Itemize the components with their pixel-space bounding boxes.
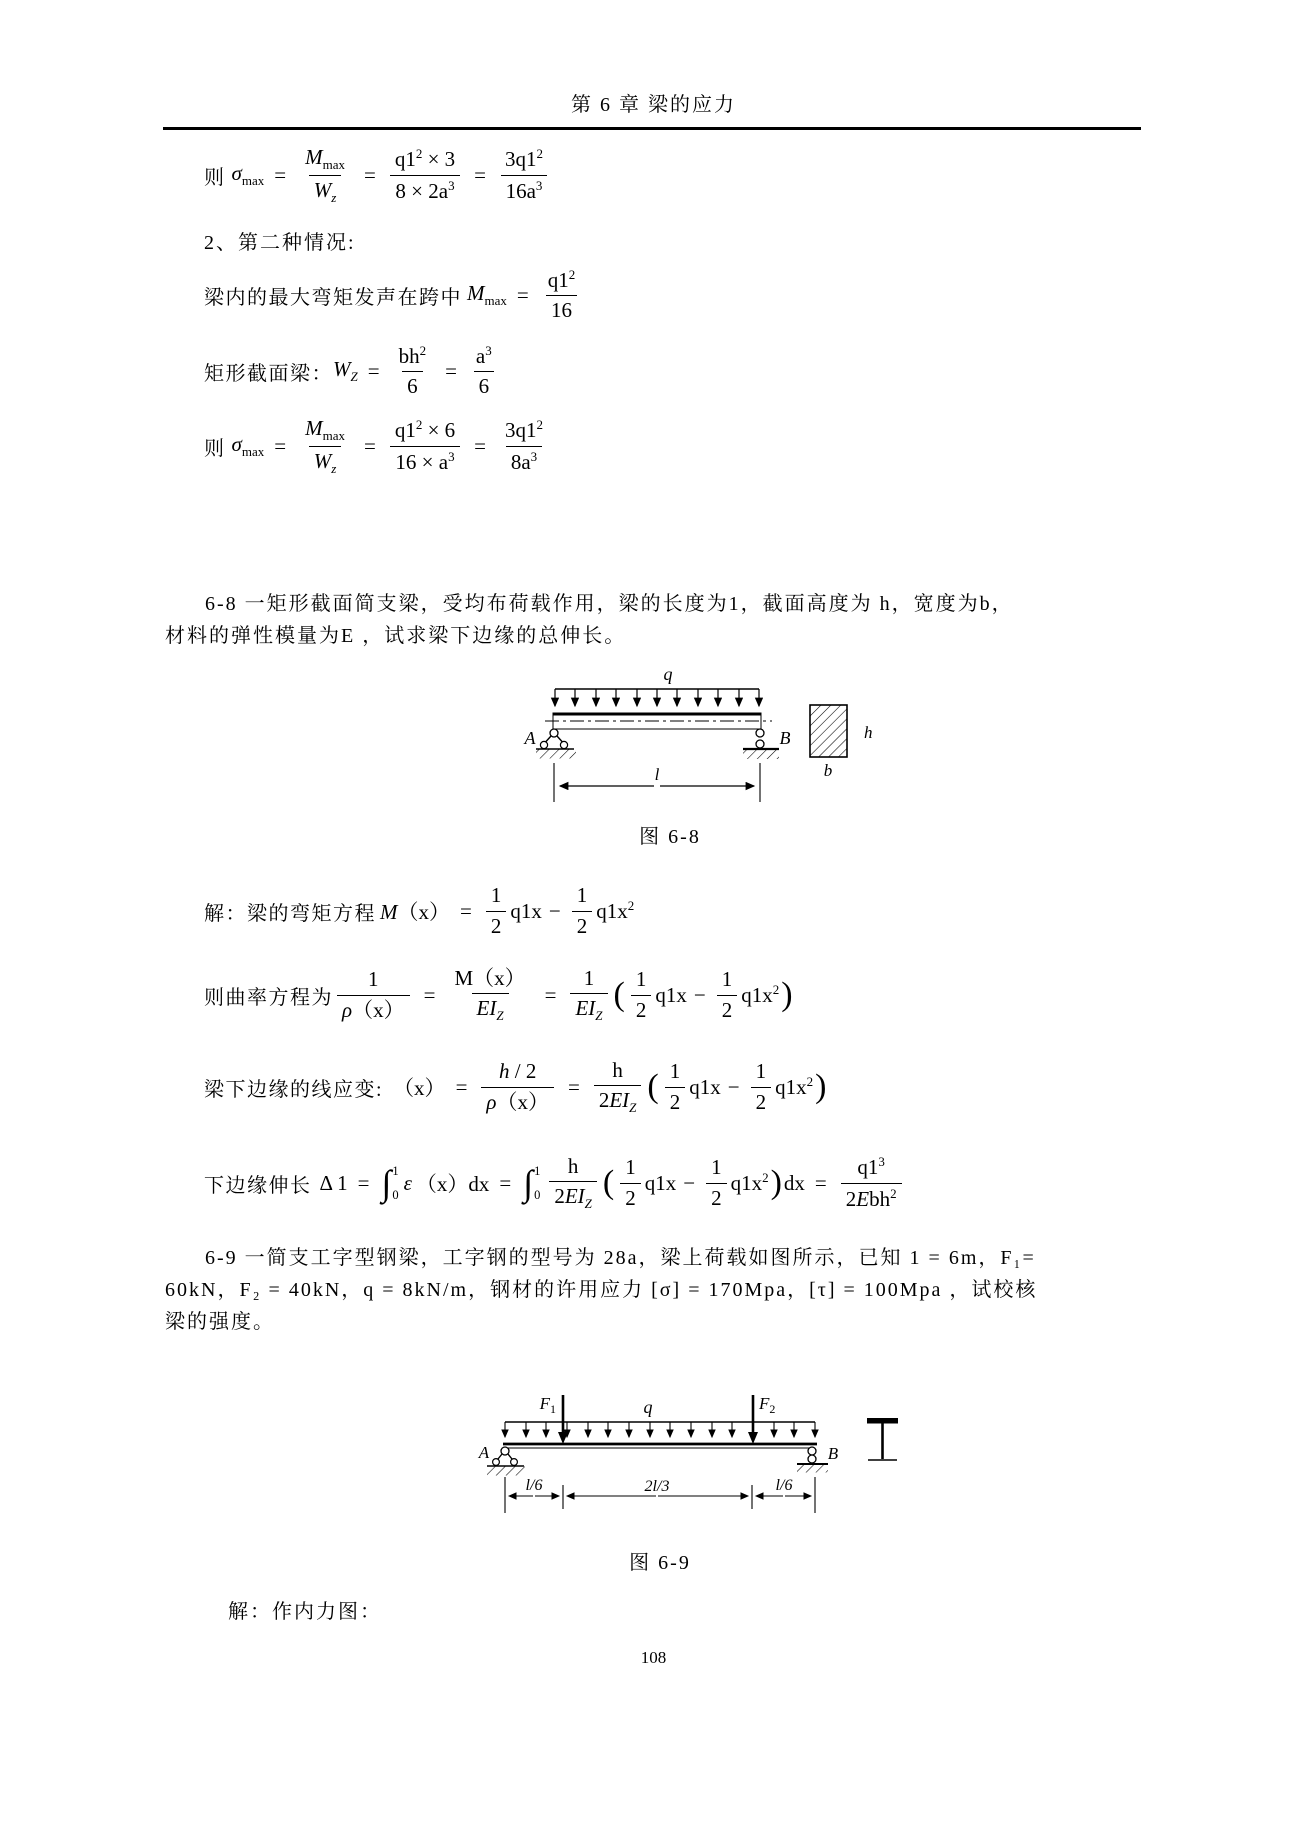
- open-paren: (: [603, 1168, 614, 1199]
- dx-term: dx: [784, 1171, 805, 1196]
- figure-6-8: q A B l: [440, 660, 900, 810]
- pin-support-A: [487, 1447, 525, 1476]
- beam-body: [503, 1444, 817, 1448]
- solution-68-elongation-equation: 下边缘伸长 Δ 1 = ∫ 10 ε （x）dx = ∫ 10 h 2EIZ (…: [204, 1142, 906, 1224]
- problem-6-9-line3: 梁的强度。: [165, 1307, 275, 1337]
- roller-support-B: [743, 729, 779, 759]
- solution-68-curvature-equation: 则曲率方程为 1 ρ（x） = M（x） EIZ = 1 EIZ ( 12 q1…: [204, 953, 795, 1037]
- case2-heading: 2、第二种情况:: [204, 228, 356, 258]
- term-q1x2: q1x2: [741, 982, 779, 1008]
- fraction-half: 12: [751, 1059, 772, 1114]
- fraction-Mmax-Wz: Mmax Wz: [300, 416, 350, 477]
- formula-lead-text: 下边缘伸长: [204, 1169, 312, 1198]
- equals-sign: =: [474, 434, 486, 459]
- fraction-3q1sq-8a3: 3q12 8a3: [500, 417, 548, 474]
- solution-68-strain-equation: 梁下边缘的线应变: （x） = h / 2 ρ（x） = h 2EIZ ( 12…: [204, 1047, 828, 1127]
- formula-lead-text: 则曲率方程为: [204, 981, 333, 1010]
- ibeam-section-symbol: [867, 1418, 898, 1460]
- force-label-F1: F1: [539, 1394, 556, 1416]
- Mmax-symbol: Mmax: [467, 281, 507, 309]
- support-label-A: A: [524, 728, 537, 748]
- section-width-label-b: b: [824, 761, 833, 780]
- term-q1x2: q1x2: [775, 1074, 813, 1100]
- equals-sign: =: [274, 163, 286, 188]
- equals-sign: =: [364, 163, 376, 188]
- term-q1x: q1x: [645, 1171, 677, 1196]
- force-F2: [748, 1395, 758, 1444]
- formula-lead-text: 则: [204, 432, 226, 461]
- fraction-half: 12: [631, 967, 652, 1022]
- support-label-B: B: [828, 1444, 839, 1463]
- integral-0-1: ∫ 10: [381, 1163, 401, 1203]
- solution-69-lead: 解：作内力图：: [228, 1597, 382, 1627]
- support-label-A: A: [478, 1443, 490, 1462]
- formula-lead-text: 矩形截面梁：: [204, 357, 333, 386]
- minus-sign: −: [683, 1171, 695, 1196]
- formula-sigma-max-case2: 则 σmax = Mmax Wz = q12 × 6 16 × a3 = 3q1…: [204, 410, 552, 482]
- cross-section: [810, 705, 847, 757]
- fraction-half: 12: [706, 1155, 727, 1210]
- dimension-label-2l3: 2l/3: [645, 1478, 670, 1495]
- equals-sign: =: [274, 434, 286, 459]
- fraction-h2-rho-x: h / 2 ρ（x）: [481, 1059, 554, 1114]
- term-q1x2: q1x2: [731, 1170, 769, 1196]
- term-q1x2: q1x2: [596, 898, 634, 924]
- fraction-Mx-EIz: M（x） EIZ: [449, 966, 530, 1024]
- load-label-q: q: [664, 664, 673, 684]
- M-of-x: M（x）: [380, 896, 450, 926]
- roller-support-B: [797, 1447, 828, 1473]
- fraction-bh2-6: bh2 6: [394, 343, 432, 399]
- term-q1x: q1x: [510, 899, 542, 924]
- fraction-half: 12: [665, 1059, 686, 1114]
- open-paren: (: [614, 980, 625, 1011]
- equals-sign: =: [545, 983, 557, 1008]
- equals-sign: =: [517, 283, 529, 308]
- formula-lead-text: 则: [204, 161, 226, 190]
- formula-lead-text: 梁下边缘的线应变:: [204, 1073, 383, 1102]
- fraction-1-EIz: 1 EIZ: [570, 966, 607, 1024]
- support-label-B: B: [780, 728, 791, 748]
- equals-sign: =: [456, 1075, 468, 1100]
- Wz-symbol: WZ: [333, 357, 358, 385]
- problem-6-9-line2: 60kN，F₂ = 40kN，q = 8kN/m，钢材的许用应力 [σ] = 1…: [165, 1275, 1037, 1305]
- term-q1x: q1x: [655, 983, 687, 1008]
- fraction-half: 12: [486, 883, 507, 938]
- distributed-load: [505, 1422, 815, 1437]
- fraction-h-2EIz: h 2EIZ: [594, 1058, 642, 1116]
- close-paren: ): [771, 1168, 782, 1199]
- sigma-max-symbol: σmax: [232, 432, 265, 460]
- fraction-q13-2Ebh2: q13 2Ebh2: [841, 1154, 902, 1211]
- minus-sign: −: [694, 983, 706, 1008]
- term-paren-x-dx: （x）dx: [416, 1168, 490, 1198]
- fraction-half: 12: [572, 883, 593, 938]
- minus-sign: −: [728, 1075, 740, 1100]
- figure-6-9-caption: 图 6-9: [400, 1546, 920, 1575]
- fraction-3q1sq-16a3: 3q12 16a3: [500, 146, 548, 203]
- equals-sign: =: [460, 899, 472, 924]
- load-label-q: q: [644, 1397, 653, 1417]
- equals-sign: =: [364, 434, 376, 459]
- page-header-title: 第 6 章 梁的应力: [0, 88, 1307, 117]
- equals-sign: =: [368, 359, 380, 384]
- problem-6-8-line2: 材料的弹性模量为E ，试求梁下边缘的总伸长。: [165, 621, 626, 651]
- fraction-1-rho-x: 1 ρ（x）: [337, 967, 410, 1022]
- document-page: 第 6 章 梁的应力 则 σmax = Mmax Wz = q12 × 3 8 …: [0, 0, 1307, 1836]
- open-paren: (: [647, 1072, 658, 1103]
- equals-sign: =: [358, 1171, 370, 1196]
- figure-6-9: q F1 F2 A B: [400, 1393, 920, 1528]
- dimension-label-l6-left: l/6: [526, 1477, 543, 1494]
- fraction-half: 12: [717, 967, 738, 1022]
- fraction-Mmax-Wz: Mmax Wz: [300, 145, 350, 206]
- delta-l-symbol: Δ 1: [320, 1171, 348, 1196]
- distributed-load: [555, 689, 759, 706]
- equals-sign: =: [445, 359, 457, 384]
- formula-lead-text: 梁内的最大弯矩发声在跨中: [204, 281, 462, 310]
- header-rule: [163, 127, 1141, 130]
- close-paren: ): [815, 1072, 826, 1103]
- fraction-h-2EIz: h 2EIZ: [549, 1154, 597, 1212]
- beam-body: [545, 713, 772, 729]
- minus-sign: −: [549, 899, 561, 924]
- fraction-q1sq-16: q12 16: [543, 267, 581, 323]
- formula-section-modulus: 矩形截面梁： WZ = bh2 6 = a3 6: [204, 336, 501, 406]
- dimension-label-l6-right: l/6: [776, 1477, 793, 1494]
- formula-sigma-max-case1: 则 σmax = Mmax Wz = q12 × 3 8 × 2a3 = 3q1…: [204, 142, 552, 208]
- integral-0-1: ∫ 10: [523, 1163, 543, 1203]
- equals-sign: =: [499, 1171, 511, 1196]
- fraction-half: 12: [620, 1155, 641, 1210]
- formula-mmax-midspan: 梁内的最大弯矩发声在跨中 Mmax = q12 16: [204, 260, 584, 330]
- equals-sign: =: [474, 163, 486, 188]
- pin-support-A: [536, 729, 576, 759]
- fraction-a3-6: a3 6: [471, 343, 497, 399]
- epsilon-symbol: ε: [404, 1171, 412, 1196]
- equals-sign: =: [815, 1171, 827, 1196]
- sigma-max-symbol: σmax: [232, 161, 265, 189]
- dimension-label-l: l: [655, 765, 660, 784]
- term-q1x: q1x: [689, 1075, 721, 1100]
- force-label-F2: F2: [758, 1394, 775, 1416]
- section-height-label-h: h: [864, 723, 873, 742]
- term-paren-x: （x）: [393, 1072, 446, 1102]
- page-number: 108: [0, 1648, 1307, 1668]
- equals-sign: =: [424, 983, 436, 1008]
- fraction-q1sq-x6: q12 × 6 16 × a3: [390, 417, 460, 474]
- close-paren: ): [781, 980, 792, 1011]
- fraction-q1sq-x3: q12 × 3 8 × 2a3: [390, 146, 460, 203]
- solution-68-moment-equation: 解：梁的弯矩方程 M（x） = 12 q1x − 12 q1x2: [204, 880, 634, 942]
- formula-lead-text: 解：梁的弯矩方程: [204, 897, 376, 926]
- problem-6-9-line1: 6-9 一简支工字型钢梁，工字钢的型号为 28a，梁上荷载如图所示，已知 1 =…: [165, 1243, 1036, 1273]
- equals-sign: =: [568, 1075, 580, 1100]
- problem-6-8-line1: 6-8 一矩形截面简支梁，受均布荷载作用，梁的长度为1，截面高度为 h，宽度为b…: [165, 589, 1014, 619]
- figure-6-8-caption: 图 6-8: [440, 820, 900, 849]
